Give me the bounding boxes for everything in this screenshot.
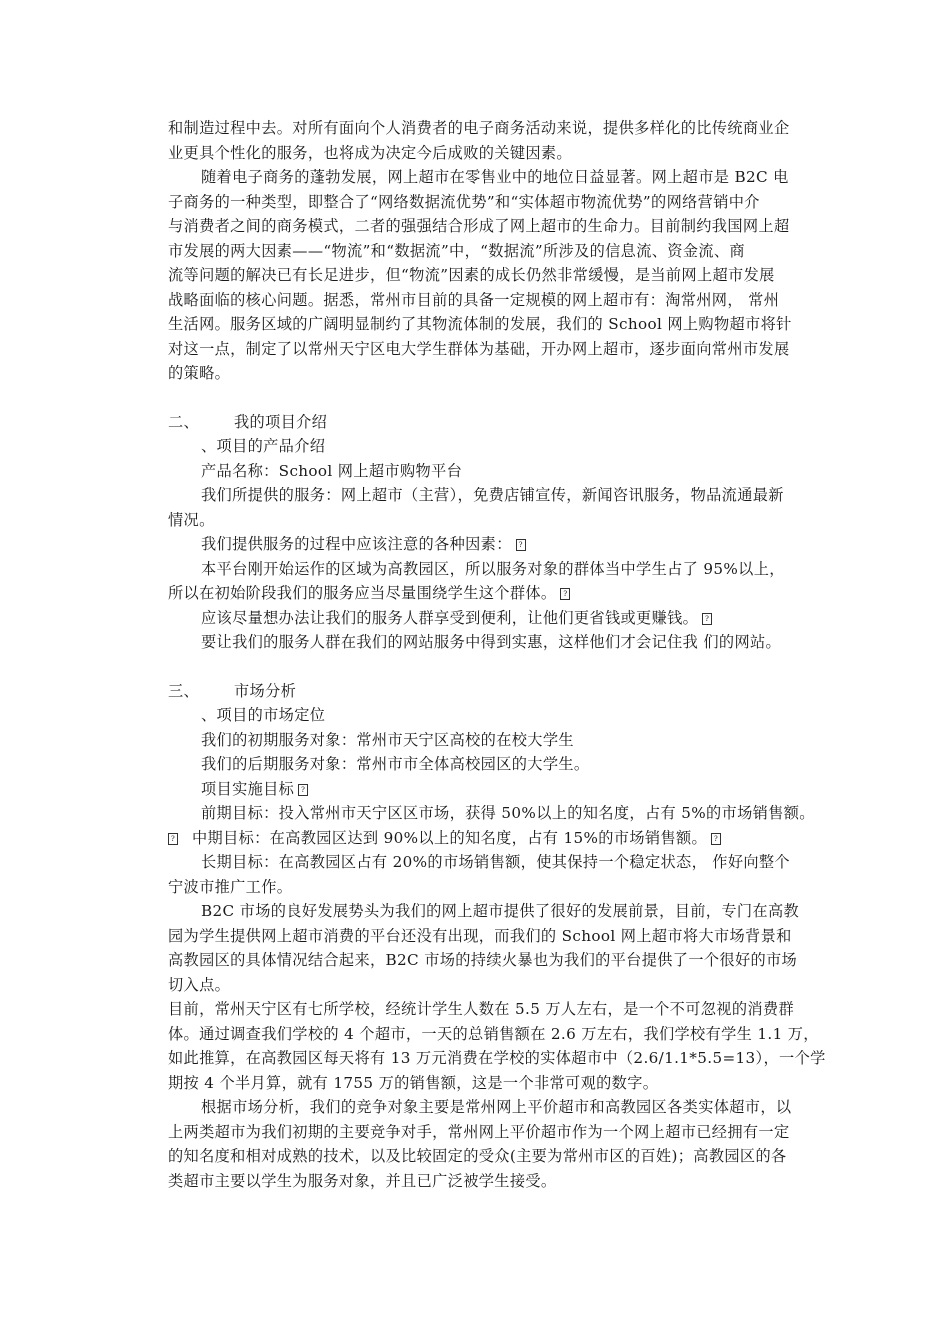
paragraph-line: 对这一点，制定了以常州天宁区电大学生群体为基础，开办网上超市，逐步面向常州市发展	[168, 337, 836, 362]
paragraph-line: 期按 4 个半月算，就有 1755 万的销售额，这是一个非常可观的数字。	[168, 1071, 836, 1096]
paragraph-line: 子商务的一种类型，即整合了“网络数据流优势”和“实体超市物流优势”的网络营销中介	[168, 190, 836, 215]
section-heading: 二、 我的项目介绍	[168, 410, 836, 435]
paragraph-line: 的知名度和相对成熟的技术，以及比较固定的受众(主要为常州市区的百姓)；高教园区的…	[168, 1144, 836, 1169]
section-title: 市场分析	[234, 679, 296, 704]
section-number: 三、	[168, 679, 234, 704]
paragraph-line: 生活网。服务区域的广阔明显制约了其物流体制的发展，我们的 School 网上购物…	[168, 312, 836, 337]
paragraph-line: 的策略。	[168, 361, 836, 386]
paragraph-line: 高教园区的具体情况结合起来，B2C 市场的持续火暴也为我们的平台提供了一个很好的…	[168, 948, 836, 973]
paragraph-line: 与消费者之间的商务模式，二者的强强结合形成了网上超市的生命力。目前制约我国网上超	[168, 214, 836, 239]
paragraph-line: 宁波市推广工作。	[168, 875, 836, 900]
paragraph-line: 我们的后期服务对象：常州市市全体高校园区的大学生。	[168, 752, 836, 777]
paragraph-line: 所以在初始阶段我们的服务应当尽量围绕学生这个群体。?	[168, 581, 836, 606]
paragraph-line: 类超市主要以学生为服务对象，并且已广泛被学生接受。	[168, 1169, 836, 1194]
paragraph-line: 业更具个性化的服务，也将成为决定今后成败的关键因素。	[168, 141, 836, 166]
text: 我们提供服务的过程中应该注意的各种因素：	[201, 535, 512, 553]
paragraph-line: 本平台刚开始运作的区域为高教园区，所以服务对象的群体当中学生占了 95%以上，	[168, 557, 836, 582]
paragraph-line: 流等问题的解决已有长足进步，但“物流”因素的成长仍然非常缓慢，是当前网上超市发展	[168, 263, 836, 288]
subsection-heading: 、项目的产品介绍	[168, 434, 836, 459]
missing-glyph-icon: ?	[711, 833, 721, 845]
paragraph-line: 切入点。	[168, 973, 836, 998]
missing-glyph-icon: ?	[702, 613, 712, 625]
paragraph-line: 如此推算，在高教园区每天将有 13 万元消费在学校的实体超市中（2.6/1.1*…	[168, 1046, 836, 1071]
paragraph-line: 随着电子商务的蓬勃发展，网上超市在零售业中的地位日益显著。网上超市是 B2C 电	[168, 165, 836, 190]
document-page: 和制造过程中去。对所有面向个人消费者的电子商务活动来说，提供多样化的比传统商业企…	[168, 116, 836, 1193]
paragraph-line: 要让我们的服务人群在我们的网站服务中得到实惠，这样他们才会记住我 们的网站。	[168, 630, 836, 655]
paragraph-line: 项目实施目标?	[168, 777, 836, 802]
paragraph-line: 战略面临的核心问题。据悉，常州市目前的具备一定规模的网上超市有：淘常州网， 常州	[168, 288, 836, 313]
paragraph-line: 前期目标：投入常州市天宁区区市场，获得 50%以上的知名度，占有 5%的市场销售…	[168, 801, 836, 826]
paragraph-line: 根据市场分析，我们的竞争对象主要是常州网上平价超市和高教园区各类实体超市，以	[168, 1095, 836, 1120]
paragraph-line: 情况。	[168, 508, 836, 533]
paragraph-line: 和制造过程中去。对所有面向个人消费者的电子商务活动来说，提供多样化的比传统商业企	[168, 116, 836, 141]
paragraph-line: 长期目标：在高教园区占有 20%的市场销售额，使其保持一个稳定状态， 作好向整个	[168, 850, 836, 875]
text: 中期目标：在高教园区达到 90%以上的知名度，占有 15%的市场销售额。	[192, 829, 707, 847]
paragraph-line: B2C 市场的良好发展势头为我们的网上超市提供了很好的发展前景，目前，专门在高教	[168, 899, 836, 924]
text: 项目实施目标	[201, 780, 294, 798]
section-heading: 三、 市场分析	[168, 679, 836, 704]
missing-glyph-icon: ?	[560, 588, 570, 600]
paragraph-line: 产品名称：School 网上超市购物平台	[168, 459, 836, 484]
paragraph-line: 我们的初期服务对象：常州市天宁区高校的在校大学生	[168, 728, 836, 753]
paragraph-line: 体。通过调查我们学校的 4 个超市，一天的总销售额在 2.6 万左右，我们学校有…	[168, 1022, 836, 1047]
paragraph-line: 市发展的两大因素——“物流”和“数据流”中，“数据流”所涉及的信息流、资金流、商	[168, 239, 836, 264]
missing-glyph-icon: ?	[298, 784, 308, 796]
text: 应该尽量想办法让我们的服务人群享受到便利，让他们更省钱或更赚钱。	[201, 609, 698, 627]
paragraph-line: 目前，常州天宁区有七所学校，经统计学生人数在 5.5 万人左右，是一个不可忽视的…	[168, 997, 836, 1022]
paragraph-line: 我们提供服务的过程中应该注意的各种因素：?	[168, 532, 836, 557]
paragraph-line: 上两类超市为我们初期的主要竞争对手，常州网上平价超市作为一个网上超市已经拥有一定	[168, 1120, 836, 1145]
missing-glyph-icon: ?	[516, 539, 526, 551]
subsection-heading: 、项目的市场定位	[168, 703, 836, 728]
paragraph-line: 应该尽量想办法让我们的服务人群享受到便利，让他们更省钱或更赚钱。?	[168, 606, 836, 631]
missing-glyph-icon: ?	[168, 833, 178, 845]
text: 所以在初始阶段我们的服务应当尽量围绕学生这个群体。	[168, 584, 556, 602]
paragraph-line: 我们所提供的服务：网上超市（主营），免费店铺宣传，新闻咨讯服务，物品流通最新	[168, 483, 836, 508]
paragraph-line: ?中期目标：在高教园区达到 90%以上的知名度，占有 15%的市场销售额。?	[168, 826, 836, 851]
paragraph-line: 园为学生提供网上超市消费的平台还没有出现，而我们的 School 网上超市将大市…	[168, 924, 836, 949]
section-title: 我的项目介绍	[234, 410, 327, 435]
section-number: 二、	[168, 410, 234, 435]
